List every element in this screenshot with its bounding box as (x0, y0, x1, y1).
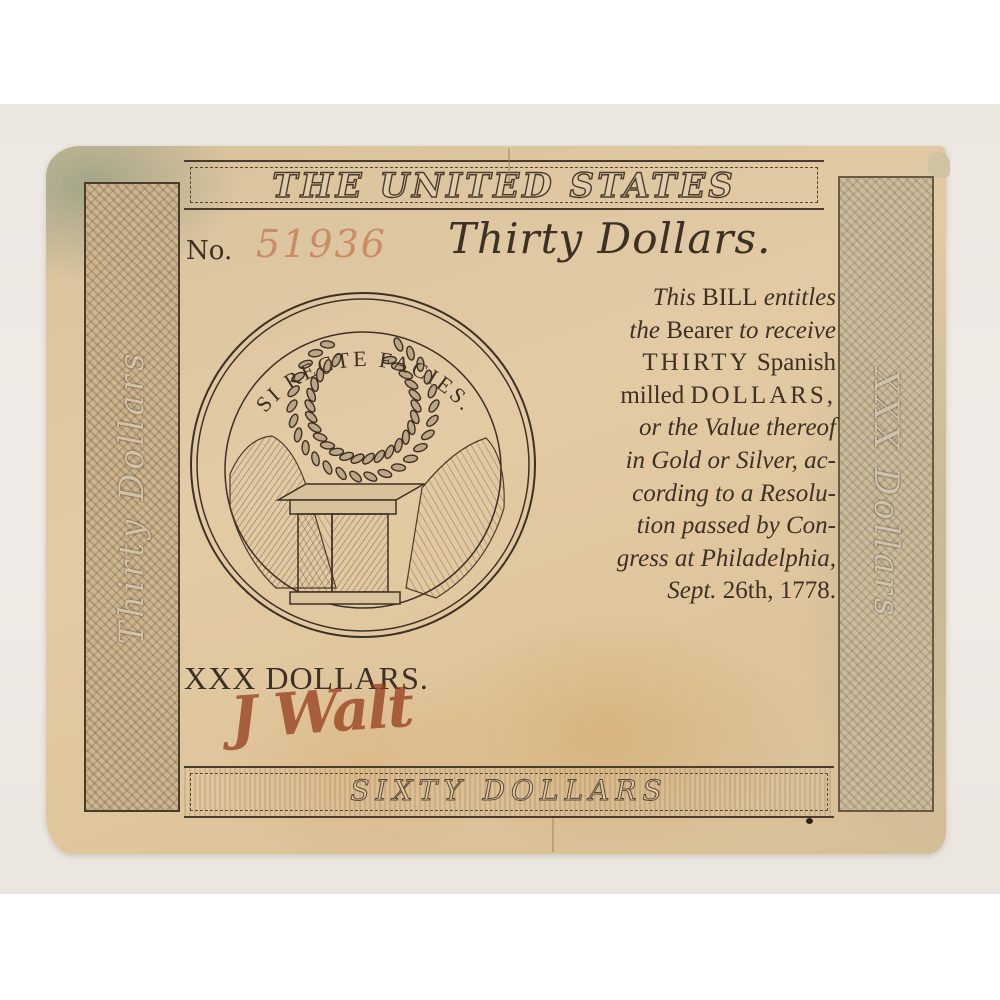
hills-right-icon (406, 438, 504, 598)
seal-emblem: SI RECTE FACIES. (186, 288, 540, 642)
body-text-line: the Bearer to receive (548, 315, 836, 348)
bill-body-text: This BILL entitlesthe Bearer to receiveT… (548, 282, 836, 608)
bottom-ornamental-band: SIXTY DOLLARS (184, 766, 834, 818)
right-border-text: XXX Dollars (866, 369, 906, 620)
bottom-band-text: SIXTY DOLLARS (184, 774, 834, 807)
left-ornamental-border: Thirty Dollars (84, 182, 180, 812)
body-text-line: milled DOLLARS, (548, 380, 836, 413)
body-text-line: gress at Philadelphia, (548, 543, 836, 576)
body-text-line: This BILL entitles (548, 282, 836, 315)
denomination-heading: Thirty Dollars. (448, 214, 771, 263)
body-text-line: or the Value thereof (548, 412, 836, 445)
body-text-line: Sept. 26th, 1778. (548, 575, 836, 608)
serial-label: No. (186, 236, 232, 266)
signature: J Walt (228, 672, 414, 753)
right-ornamental-border: XXX Dollars (838, 176, 934, 812)
top-band-title: THE UNITED STATES (184, 166, 824, 206)
torn-corner (928, 152, 950, 178)
body-text-line: THIRTY Spanish (548, 347, 836, 380)
left-border-text: Thirty Dollars (112, 350, 152, 645)
altar-icon (278, 484, 424, 604)
body-text-line: cording to a Resolu- (548, 478, 836, 511)
ink-spot (806, 818, 813, 824)
fold-crease (508, 148, 510, 188)
fold-crease (552, 818, 554, 852)
body-text-line: in Gold or Silver, ac- (548, 445, 836, 478)
serial-number: 51936 (256, 222, 387, 266)
body-text-line: tion passed by Con- (548, 510, 836, 543)
top-ornamental-band: THE UNITED STATES (184, 160, 824, 210)
